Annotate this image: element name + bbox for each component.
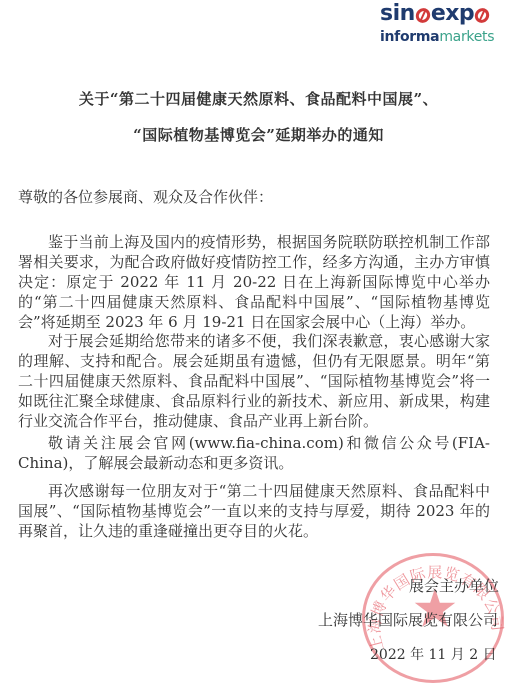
paragraph-follow-us: 敬请关注展会官网(www.fia-china.com)和微信公众号(FIA-Ch… [18, 433, 490, 473]
sinoexpo-wordmark: sin exp [380, 2, 492, 26]
signature-organization: 上海博华国际展览有限公司 [318, 609, 498, 630]
paragraph-apology: 对于展会延期给您带来的诸多不便，我们深表歉意，衷心感谢大家的理解、支持和配合。展… [18, 331, 490, 431]
informa-markets-wordmark: informamarkets [380, 28, 492, 46]
greeting: 尊敬的各位参展商、观众及合作伙伴： [18, 187, 273, 207]
signature-role: 展会主办单位 [409, 575, 499, 596]
sinoexpo-informa-logo: sin exp informamarkets [380, 2, 492, 46]
notice-title-line-2: “国际植物基博览会”延期举办的通知 [0, 124, 517, 145]
notice-title-line-1: 关于“第二十四届健康天然原料、食品配料中国展”、 [0, 88, 517, 109]
paragraph-postponement: 鉴于当前上海及国内的疫情形势，根据国务院联防联控机制工作部署相关要求，为配合政府… [18, 232, 490, 332]
logo-text-informa: informa [380, 29, 439, 45]
oval-o-mark-icon [472, 5, 492, 25]
signature-date: 2022 年 11 月 2 日 [370, 644, 497, 664]
logo-text-sin: sin [380, 2, 415, 26]
paragraph-thanks: 再次感谢每一位朋友对于“第二十四届健康天然原料、食品配料中国展”、“国际植物基博… [18, 481, 490, 541]
logo-text-exp: exp [431, 2, 474, 26]
logo-text-markets: markets [439, 29, 494, 45]
